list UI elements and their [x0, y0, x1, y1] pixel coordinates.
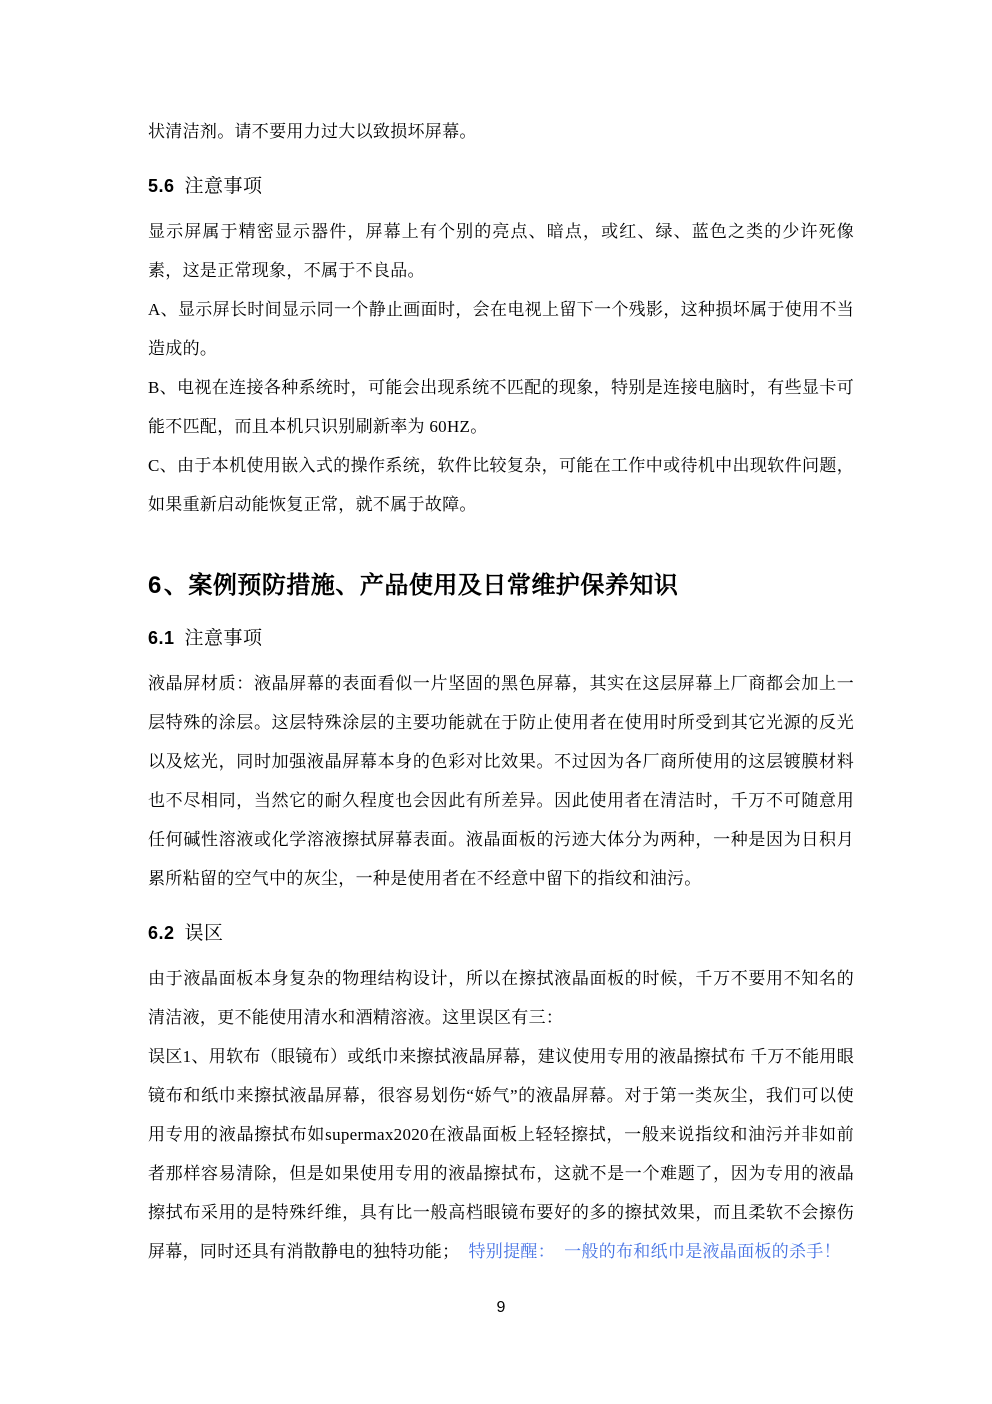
- section-6-2-number: 6.2: [148, 923, 175, 943]
- section-5-6-heading: 5.6注意事项: [148, 173, 854, 200]
- section-6-2-title: 误区: [185, 923, 224, 944]
- section-6-2-heading: 6.2误区: [148, 920, 854, 947]
- document-page: 状清洁剂。请不要用力过大以致损坏屏幕。 5.6注意事项 显示屏属于精密显示器件，…: [0, 0, 992, 1404]
- paragraph-cleaning-misconceptions-intro: 由于液晶面板本身复杂的物理结构设计，所以在擦拭液晶面板的时候，千万不要用不知名的…: [148, 959, 854, 1037]
- misconception-1-text: 误区1、用软布（眼镜布）或纸巾来擦拭液晶屏幕，建议使用专用的液晶擦拭布 千万不能…: [148, 1047, 854, 1261]
- paragraph-cleaning-continuation: 状清洁剂。请不要用力过大以致损坏屏幕。: [148, 112, 854, 151]
- chapter-6-number: 6: [148, 572, 162, 599]
- section-6-1-title: 注意事项: [185, 628, 263, 649]
- chapter-6-heading: 6、案例预防措施、产品使用及日常维护保养知识: [148, 569, 854, 603]
- special-reminder-note: 特别提醒： 一般的布和纸巾是液晶面板的杀手！: [469, 1242, 841, 1261]
- paragraph-misconception-1: 误区1、用软布（眼镜布）或纸巾来擦拭液晶屏幕，建议使用专用的液晶擦拭布 千万不能…: [148, 1037, 854, 1271]
- section-5-6-number: 5.6: [148, 176, 175, 196]
- paragraph-lcd-coating: 液晶屏材质：液晶屏幕的表面看似一片坚固的黑色屏幕，其实在这层屏幕上厂商都会加上一…: [148, 664, 854, 898]
- paragraph-dead-pixels: 显示屏属于精密显示器件，屏幕上有个别的亮点、暗点，或红、绿、蓝色之类的少许死像素…: [148, 212, 854, 290]
- section-6-1-number: 6.1: [148, 628, 175, 648]
- section-6-1-heading: 6.1注意事项: [148, 625, 854, 652]
- page-number: 9: [148, 1299, 854, 1317]
- section-5-6-title: 注意事项: [185, 176, 263, 197]
- chapter-6-title: 、案例预防措施、产品使用及日常维护保养知识: [164, 573, 679, 599]
- paragraph-item-b-compatibility: B、电视在连接各种系统时，可能会出现系统不匹配的现象，特别是连接电脑时，有些显卡…: [148, 368, 854, 446]
- paragraph-item-a-burn-in: A、显示屏长时间显示同一个静止画面时，会在电视上留下一个残影，这种损坏属于使用不…: [148, 290, 854, 368]
- paragraph-item-c-embedded-os: C、由于本机使用嵌入式的操作系统，软件比较复杂，可能在工作中或待机中出现软件问题…: [148, 446, 854, 524]
